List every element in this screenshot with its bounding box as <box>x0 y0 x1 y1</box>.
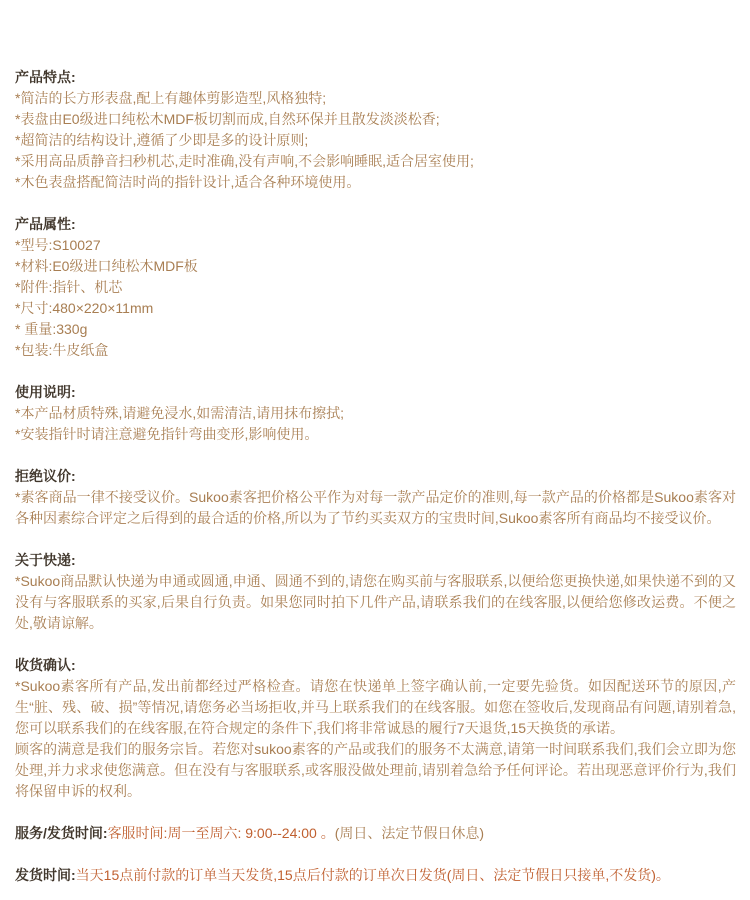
attribute-line-weight: * 重量:330g <box>15 319 736 340</box>
dispatch-time-value: 当天15点前付款的订单当天发货,15点后付款的订单次日发货(周日、法定节假日只接… <box>76 867 670 883</box>
service-hours-label: 服务/发货时间: <box>15 825 108 841</box>
attribute-line-material: *材料:E0级进口纯松木MDF板 <box>15 256 736 277</box>
section-heading: 关于快递: <box>15 550 736 571</box>
service-hours-note: (周日、法定节假日休息) <box>335 825 484 841</box>
feature-line: *超简洁的结构设计,遵循了少即是多的设计原则; <box>15 130 736 151</box>
section-usage-instructions: 使用说明: *本产品材质特殊,请避免浸水,如需清洁,请用抹布擦拭; *安装指针时… <box>15 382 736 445</box>
receipt-paragraph: *Sukoo素客所有产品,发出前都经过严格检查。请您在快递单上签字确认前,一定要… <box>15 676 736 739</box>
dispatch-time-label: 发货时间: <box>15 867 76 883</box>
feature-line: *简洁的长方形表盘,配上有趣体剪影造型,风格独特; <box>15 88 736 109</box>
section-heading: 收货确认: <box>15 655 736 676</box>
product-description-page: 产品特点: *简洁的长方形表盘,配上有趣体剪影造型,风格独特; *表盘由E0级进… <box>0 0 750 900</box>
attribute-line-accessories: *附件:指针、机芯 <box>15 277 736 298</box>
section-about-shipping: 关于快递: *Sukoo商品默认快递为申通或圆通,申通、圆通不到的,请您在购买前… <box>15 550 736 634</box>
dispatch-time-line: 发货时间:当天15点前付款的订单当天发货,15点后付款的订单次日发货(周日、法定… <box>15 865 736 886</box>
section-heading: 产品特点: <box>15 67 736 88</box>
no-bargaining-paragraph: *素客商品一律不接受议价。Sukoo素客把价格公平作为对每一款产品定价的准则,每… <box>15 487 736 529</box>
service-hours-value: 客服时间:周一至周六: 9:00--24:00 。 <box>108 825 335 841</box>
usage-line: *本产品材质特殊,请避免浸水,如需清洁,请用抹布擦拭; <box>15 403 736 424</box>
section-receipt-confirmation: 收货确认: *Sukoo素客所有产品,发出前都经过严格检查。请您在快递单上签字确… <box>15 655 736 802</box>
shipping-paragraph: *Sukoo商品默认快递为申通或圆通,申通、圆通不到的,请您在购买前与客服联系,… <box>15 571 736 634</box>
feature-line: *表盘由E0级进口纯松木MDF板切割而成,自然环保并且散发淡淡松香; <box>15 109 736 130</box>
feature-line: *木色表盘搭配简洁时尚的指针设计,适合各种环境使用。 <box>15 172 736 193</box>
section-no-bargaining: 拒绝议价: *素客商品一律不接受议价。Sukoo素客把价格公平作为对每一款产品定… <box>15 466 736 529</box>
attribute-line-packaging: *包装:牛皮纸盒 <box>15 340 736 361</box>
section-heading: 拒绝议价: <box>15 466 736 487</box>
section-product-features: 产品特点: *简洁的长方形表盘,配上有趣体剪影造型,风格独特; *表盘由E0级进… <box>15 67 736 193</box>
attribute-line-model: *型号:S10027 <box>15 235 736 256</box>
service-hours-line: 服务/发货时间:客服时间:周一至周六: 9:00--24:00 。(周日、法定节… <box>15 823 736 844</box>
satisfaction-paragraph: 顾客的满意是我们的服务宗旨。若您对sukoo素客的产品或我们的服务不太满意,请第… <box>15 739 736 802</box>
usage-line: *安装指针时请注意避免指针弯曲变形,影响使用。 <box>15 424 736 445</box>
feature-line: *采用高品质静音扫秒机芯,走时准确,没有声响,不会影响睡眠,适合居室使用; <box>15 151 736 172</box>
section-heading: 使用说明: <box>15 382 736 403</box>
section-product-attributes: 产品属性: *型号:S10027 *材料:E0级进口纯松木MDF板 *附件:指针… <box>15 214 736 361</box>
attribute-line-size: *尺寸:480×220×11mm <box>15 298 736 319</box>
section-heading: 产品属性: <box>15 214 736 235</box>
